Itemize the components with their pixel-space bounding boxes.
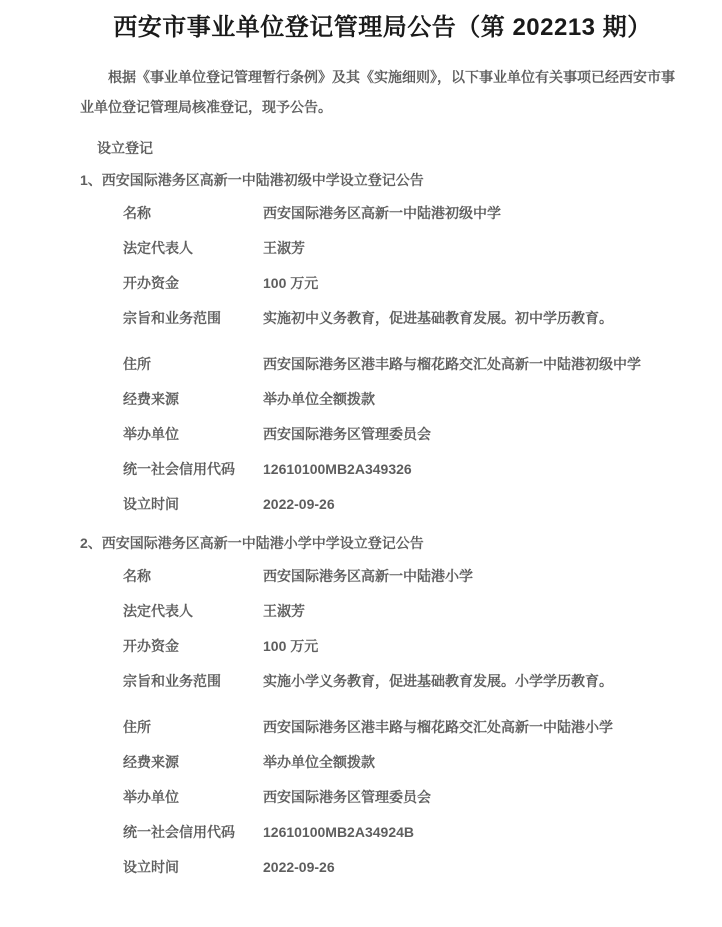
field-label: 法定代表人 bbox=[123, 240, 263, 256]
field-label: 举办单位 bbox=[123, 426, 263, 442]
field-value: 西安国际港务区高新一中陆港初级中学 bbox=[263, 205, 685, 221]
field-row: 开办资金 100 万元 bbox=[80, 638, 685, 654]
announcement-item: 2、西安国际港务区高新一中陆港小学中学设立登记公告 名称 西安国际港务区高新一中… bbox=[80, 535, 685, 875]
field-value: 100 万元 bbox=[263, 275, 685, 291]
field-label: 住所 bbox=[123, 719, 263, 735]
page-title: 西安市事业单位登记管理局公告（第 202213 期） bbox=[80, 14, 685, 42]
field-label: 经费来源 bbox=[123, 391, 263, 407]
announcement-fields: 名称 西安国际港务区高新一中陆港小学 法定代表人 王淑芳 开办资金 100 万元… bbox=[80, 568, 685, 875]
field-value: 西安国际港务区管理委员会 bbox=[263, 426, 685, 442]
field-row: 住所 西安国际港务区港丰路与榴花路交汇处高新一中陆港小学 bbox=[80, 719, 685, 735]
announcement-list: 1、西安国际港务区高新一中陆港初级中学设立登记公告 名称 西安国际港务区高新一中… bbox=[80, 172, 685, 875]
field-value: 12610100MB2A349326 bbox=[263, 461, 685, 477]
field-label: 住所 bbox=[123, 356, 263, 372]
field-value: 实施小学义务教育，促进基础教育发展。小学学历教育。 bbox=[263, 673, 685, 689]
field-label: 设立时间 bbox=[123, 496, 263, 512]
section-label-establishment-registration: 设立登记 bbox=[97, 140, 685, 156]
field-value: 王淑芳 bbox=[263, 240, 685, 256]
field-label: 统一社会信用代码 bbox=[123, 461, 263, 477]
field-value: 2022-09-26 bbox=[263, 496, 685, 512]
field-row: 统一社会信用代码 12610100MB2A34924B bbox=[80, 824, 685, 840]
announcement-item: 1、西安国际港务区高新一中陆港初级中学设立登记公告 名称 西安国际港务区高新一中… bbox=[80, 172, 685, 512]
field-row: 宗旨和业务范围 实施初中义务教育，促进基础教育发展。初中学历教育。 bbox=[80, 310, 685, 326]
field-row: 名称 西安国际港务区高新一中陆港小学 bbox=[80, 568, 685, 584]
field-value: 12610100MB2A34924B bbox=[263, 824, 685, 840]
field-row: 开办资金 100 万元 bbox=[80, 275, 685, 291]
announcement-heading: 1、西安国际港务区高新一中陆港初级中学设立登记公告 bbox=[80, 172, 685, 188]
field-row: 名称 西安国际港务区高新一中陆港初级中学 bbox=[80, 205, 685, 221]
field-value: 西安国际港务区高新一中陆港小学 bbox=[263, 568, 685, 584]
field-label: 法定代表人 bbox=[123, 603, 263, 619]
announcement-document: 西安市事业单位登记管理局公告（第 202213 期） 根据《事业单位登记管理暂行… bbox=[0, 0, 722, 875]
field-label: 举办单位 bbox=[123, 789, 263, 805]
field-label: 统一社会信用代码 bbox=[123, 824, 263, 840]
field-value: 西安国际港务区港丰路与榴花路交汇处高新一中陆港小学 bbox=[263, 719, 685, 735]
field-row: 经费来源 举办单位全额拨款 bbox=[80, 754, 685, 770]
field-row: 设立时间 2022-09-26 bbox=[80, 496, 685, 512]
field-value: 举办单位全额拨款 bbox=[263, 754, 685, 770]
field-value: 实施初中义务教育，促进基础教育发展。初中学历教育。 bbox=[263, 310, 685, 326]
field-row: 经费来源 举办单位全额拨款 bbox=[80, 391, 685, 407]
field-label: 经费来源 bbox=[123, 754, 263, 770]
field-value: 100 万元 bbox=[263, 638, 685, 654]
field-label: 名称 bbox=[123, 568, 263, 584]
field-value: 西安国际港务区港丰路与榴花路交汇处高新一中陆港初级中学 bbox=[263, 356, 685, 372]
field-label: 开办资金 bbox=[123, 638, 263, 654]
field-label: 开办资金 bbox=[123, 275, 263, 291]
field-value: 2022-09-26 bbox=[263, 859, 685, 875]
announcement-heading: 2、西安国际港务区高新一中陆港小学中学设立登记公告 bbox=[80, 535, 685, 551]
field-row: 统一社会信用代码 12610100MB2A349326 bbox=[80, 461, 685, 477]
field-row: 住所 西安国际港务区港丰路与榴花路交汇处高新一中陆港初级中学 bbox=[80, 356, 685, 372]
field-row: 设立时间 2022-09-26 bbox=[80, 859, 685, 875]
field-value: 西安国际港务区管理委员会 bbox=[263, 789, 685, 805]
field-value: 王淑芳 bbox=[263, 603, 685, 619]
field-value: 举办单位全额拨款 bbox=[263, 391, 685, 407]
field-label: 名称 bbox=[123, 205, 263, 221]
field-row: 法定代表人 王淑芳 bbox=[80, 240, 685, 256]
field-label: 宗旨和业务范围 bbox=[123, 310, 263, 326]
field-row: 法定代表人 王淑芳 bbox=[80, 603, 685, 619]
field-row: 举办单位 西安国际港务区管理委员会 bbox=[80, 789, 685, 805]
field-label: 设立时间 bbox=[123, 859, 263, 875]
field-row: 举办单位 西安国际港务区管理委员会 bbox=[80, 426, 685, 442]
announcement-fields: 名称 西安国际港务区高新一中陆港初级中学 法定代表人 王淑芳 开办资金 100 … bbox=[80, 205, 685, 512]
intro-paragraph: 根据《事业单位登记管理暂行条例》及其《实施细则》，以下事业单位有关事项已经西安市… bbox=[80, 62, 685, 122]
field-label: 宗旨和业务范围 bbox=[123, 673, 263, 689]
field-row: 宗旨和业务范围 实施小学义务教育，促进基础教育发展。小学学历教育。 bbox=[80, 673, 685, 689]
